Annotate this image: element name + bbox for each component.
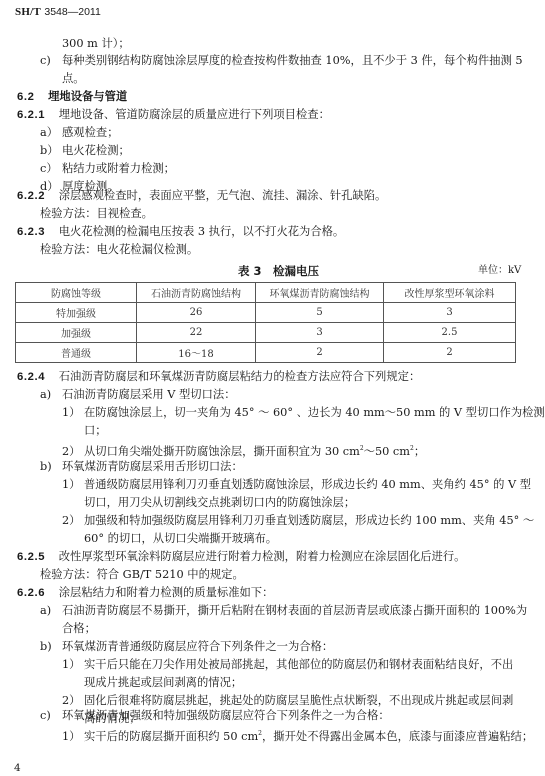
list-label: c）	[40, 160, 62, 178]
sub-item-text: 从切口角尖端处撕开防腐蚀涂层，撕开面积宜为 30 cm	[84, 445, 360, 458]
table-header-row: 防腐蚀等级 石油沥青防腐蚀结构 环氧煤沥青防腐蚀结构 改性厚浆型环氧涂料	[16, 283, 516, 303]
list-label: b)	[40, 458, 62, 476]
table-cell: 加强级	[16, 323, 137, 343]
table-cell: 22	[137, 323, 256, 343]
list-item-text: 点。	[62, 70, 85, 88]
clause-text: 石油沥青防腐层和环氧煤沥青防腐层粘结力的检查方法应符合下列规定：	[59, 370, 421, 383]
table-cell: 26	[137, 303, 256, 323]
clause-number: 6.2.5	[17, 551, 45, 563]
clause-text: 埋地设备、管道防腐涂层的质量应进行下列项目检查：	[59, 108, 330, 121]
clause-6-2-6: 6.2.6 涂层粘结力和附着力检测的质量标准如下：	[17, 584, 273, 602]
list-item: b）电火花检测；	[40, 142, 130, 160]
clause-number: 6.2.1	[17, 109, 45, 121]
table-unit: 单位：kV	[478, 262, 521, 280]
sub-item: 1）实干后的防腐层撕开面积约 50 cm2，撕开处不得露出金属本色，底漆与面漆应…	[62, 725, 533, 743]
sub-item-text: 口；	[84, 422, 107, 440]
sub-item-text: 切口，用刀尖从切割线交点挑剥切口内的防腐蚀涂层；	[84, 494, 355, 512]
table-cell: 3	[384, 303, 516, 323]
clause-6-2-2: 6.2.2 涂层感观检查时，表面应平整，无气泡、流挂、漏涂、针孔缺陷。	[17, 187, 386, 205]
sub-item-label: 1）	[62, 728, 84, 746]
sub-item-label: 1）	[62, 656, 84, 674]
table-cell: 3	[256, 323, 384, 343]
table-cell: 5	[256, 303, 384, 323]
list-label: b)	[40, 638, 62, 656]
list-item-text: 粘结力或附着力检测；	[62, 162, 175, 175]
inspection-method: 检验方法：符合 GB/T 5210 中的规定。	[40, 566, 244, 584]
list-label: a)	[40, 602, 62, 620]
column-header: 改性厚浆型环氧涂料	[384, 283, 516, 303]
sub-item-text: ～50 cm	[364, 445, 410, 458]
table-cell: 特加强级	[16, 303, 137, 323]
sub-item-text: 60° 的切口，从切口尖端撕开玻璃布。	[84, 530, 277, 548]
column-header: 环氧煤沥青防腐蚀结构	[256, 283, 384, 303]
clause-text: 改性厚浆型环氧涂料防腐层应进行附着力检测，附着力检测应在涂层固化后进行。	[59, 550, 466, 563]
list-item: b)环氧煤沥青普通级防腐层应符合下列条件之一为合格：	[40, 638, 333, 656]
list-label: c)	[40, 707, 62, 725]
list-label: a)	[40, 386, 62, 404]
sub-item-label: 1）	[62, 404, 84, 422]
list-item: a）感观检查；	[40, 124, 119, 142]
sub-item: 1）在防腐蚀涂层上，切一夹角为 45° ～ 60° 、边长为 40 mm～50 …	[62, 404, 545, 422]
table-cell: 2.5	[384, 323, 516, 343]
clause-number: 6.2.2	[17, 190, 45, 202]
table-cell: 16～18	[137, 343, 256, 363]
table-row: 加强级 22 3 2.5	[16, 323, 516, 343]
clause-number: 6.2.3	[17, 226, 45, 238]
clause-number: 6.2.4	[17, 371, 45, 383]
list-label: b）	[40, 142, 62, 160]
sub-item-text: 加强级和特加强级防腐层用锋利刀刃垂直划透防腐层，形成边长约 100 mm、夹角 …	[84, 514, 534, 527]
list-item: a)石油沥青防腐层采用 V 型切口法：	[40, 386, 236, 404]
column-header: 防腐蚀等级	[16, 283, 137, 303]
list-item-text: 环氧煤沥青防腐层采用舌形切口法：	[62, 460, 243, 473]
column-header: 石油沥青防腐蚀结构	[137, 283, 256, 303]
list-label: c)	[40, 52, 51, 70]
list-item-text: 石油沥青防腐层不易撕开，撕开后粘附在钢材表面的首层沥青层或底漆占撕开面积的 10…	[62, 604, 527, 617]
sub-item-text: 现成片挑起或层间剥离的情况；	[84, 674, 242, 692]
list-item-text: 电火花检测；	[62, 144, 130, 157]
sub-item-text: 实干后的防腐层撕开面积约 50 cm	[84, 730, 258, 743]
sub-item-label: 1）	[62, 476, 84, 494]
page-number: 4	[14, 762, 21, 774]
list-item-text: 每种类别钢结构防腐蚀涂层厚度的检查按构件数抽查 10%，且不少于 3 件，每个构…	[62, 52, 523, 70]
sub-item-text: ；	[414, 445, 425, 458]
table-cell: 普通级	[16, 343, 137, 363]
inspection-method: 检验方法：目视检查。	[40, 205, 153, 223]
clause-6-2-5: 6.2.5 改性厚浆型环氧涂料防腐层应进行附着力检测，附着力检测应在涂层固化后进…	[17, 548, 465, 566]
clause-text: 涂层粘结力和附着力检测的质量标准如下：	[59, 586, 274, 599]
continuation-line: 300 m 计）；	[62, 35, 130, 53]
sub-item-text: 普通级防腐层用锋利刀刃垂直划透防腐蚀涂层，形成边长约 40 mm、夹角约 45°…	[84, 478, 531, 491]
clause-6-2-3: 6.2.3 电火花检测的检漏电压按表 3 执行，以不打火花为合格。	[17, 223, 344, 241]
table-title: 表 3 检漏电压	[238, 262, 319, 280]
clause-6-2-1: 6.2.1 埋地设备、管道防腐涂层的质量应进行下列项目检查：	[17, 106, 330, 124]
list-item-text: 感观检查；	[62, 126, 119, 139]
sub-item: 2）从切口角尖端处撕开防腐蚀涂层，撕开面积宜为 30 cm2～50 cm2；	[62, 440, 425, 458]
leak-test-voltage-table: 防腐蚀等级 石油沥青防腐蚀结构 环氧煤沥青防腐蚀结构 改性厚浆型环氧涂料 特加强…	[15, 282, 516, 363]
clause-text: 涂层感观检查时，表面应平整，无气泡、流挂、漏涂、针孔缺陷。	[59, 189, 387, 202]
list-item-text: 环氧煤沥青加强级和特加强级防腐层应符合下列条件之一为合格：	[62, 709, 390, 722]
clause-6-2-4: 6.2.4 石油沥青防腐层和环氧煤沥青防腐层粘结力的检查方法应符合下列规定：	[17, 368, 420, 386]
list-item: a)石油沥青防腐层不易撕开，撕开后粘附在钢材表面的首层沥青层或底漆占撕开面积的 …	[40, 602, 527, 620]
list-item: c）粘结力或附着力检测；	[40, 160, 175, 178]
sub-item-text: 实干后只能在刀尖作用处被局部挑起，其他部位的防腐层仍和钢材表面粘结良好，不出	[84, 658, 513, 671]
sub-item: 1）实干后只能在刀尖作用处被局部挑起，其他部位的防腐层仍和钢材表面粘结良好，不出	[62, 656, 513, 674]
inspection-method: 检验方法：电火花检漏仪检测。	[40, 241, 198, 259]
list-item-text: 环氧煤沥青普通级防腐层应符合下列条件之一为合格：	[62, 640, 333, 653]
list-item-text: 石油沥青防腐层采用 V 型切口法：	[62, 388, 236, 401]
table-cell: 2	[256, 343, 384, 363]
section-heading: 6.2 埋地设备与管道	[17, 88, 127, 106]
clause-text: 电火花检测的检漏电压按表 3 执行，以不打火花为合格。	[59, 225, 345, 238]
sub-item: 1）普通级防腐层用锋利刀刃垂直划透防腐蚀涂层，形成边长约 40 mm、夹角约 4…	[62, 476, 531, 494]
sub-item-text: 固化后很难将防腐层挑起，挑起处的防腐层呈脆性点状断裂，不出现成片挑起或层间剥	[84, 694, 513, 707]
section-title: 埋地设备与管道	[48, 90, 127, 103]
table-row: 特加强级 26 5 3	[16, 303, 516, 323]
table-cell: 2	[384, 343, 516, 363]
list-item: b)环氧煤沥青防腐层采用舌形切口法：	[40, 458, 243, 476]
list-label: a）	[40, 124, 62, 142]
list-item: c)环氧煤沥青加强级和特加强级防腐层应符合下列条件之一为合格：	[40, 707, 390, 725]
table-row: 普通级 16～18 2 2	[16, 343, 516, 363]
sub-item: 2）加强级和特加强级防腐层用锋利刀刃垂直划透防腐层，形成边长约 100 mm、夹…	[62, 512, 534, 530]
clause-number: 6.2.6	[17, 587, 45, 599]
standard-number: 3548—2011	[44, 6, 100, 18]
standard-header: SH/T 3548—2011	[15, 5, 101, 18]
standard-prefix: SH/T	[15, 6, 41, 18]
section-number: 6.2	[17, 91, 35, 103]
sub-item-text: ，撕开处不得露出金属本色，底漆与面漆应普遍粘结；	[262, 730, 533, 743]
list-item-text: 合格；	[62, 620, 96, 638]
sub-item-label: 2）	[62, 512, 84, 530]
sub-item-text: 在防腐蚀涂层上，切一夹角为 45° ～ 60° 、边长为 40 mm～50 mm…	[84, 406, 545, 419]
